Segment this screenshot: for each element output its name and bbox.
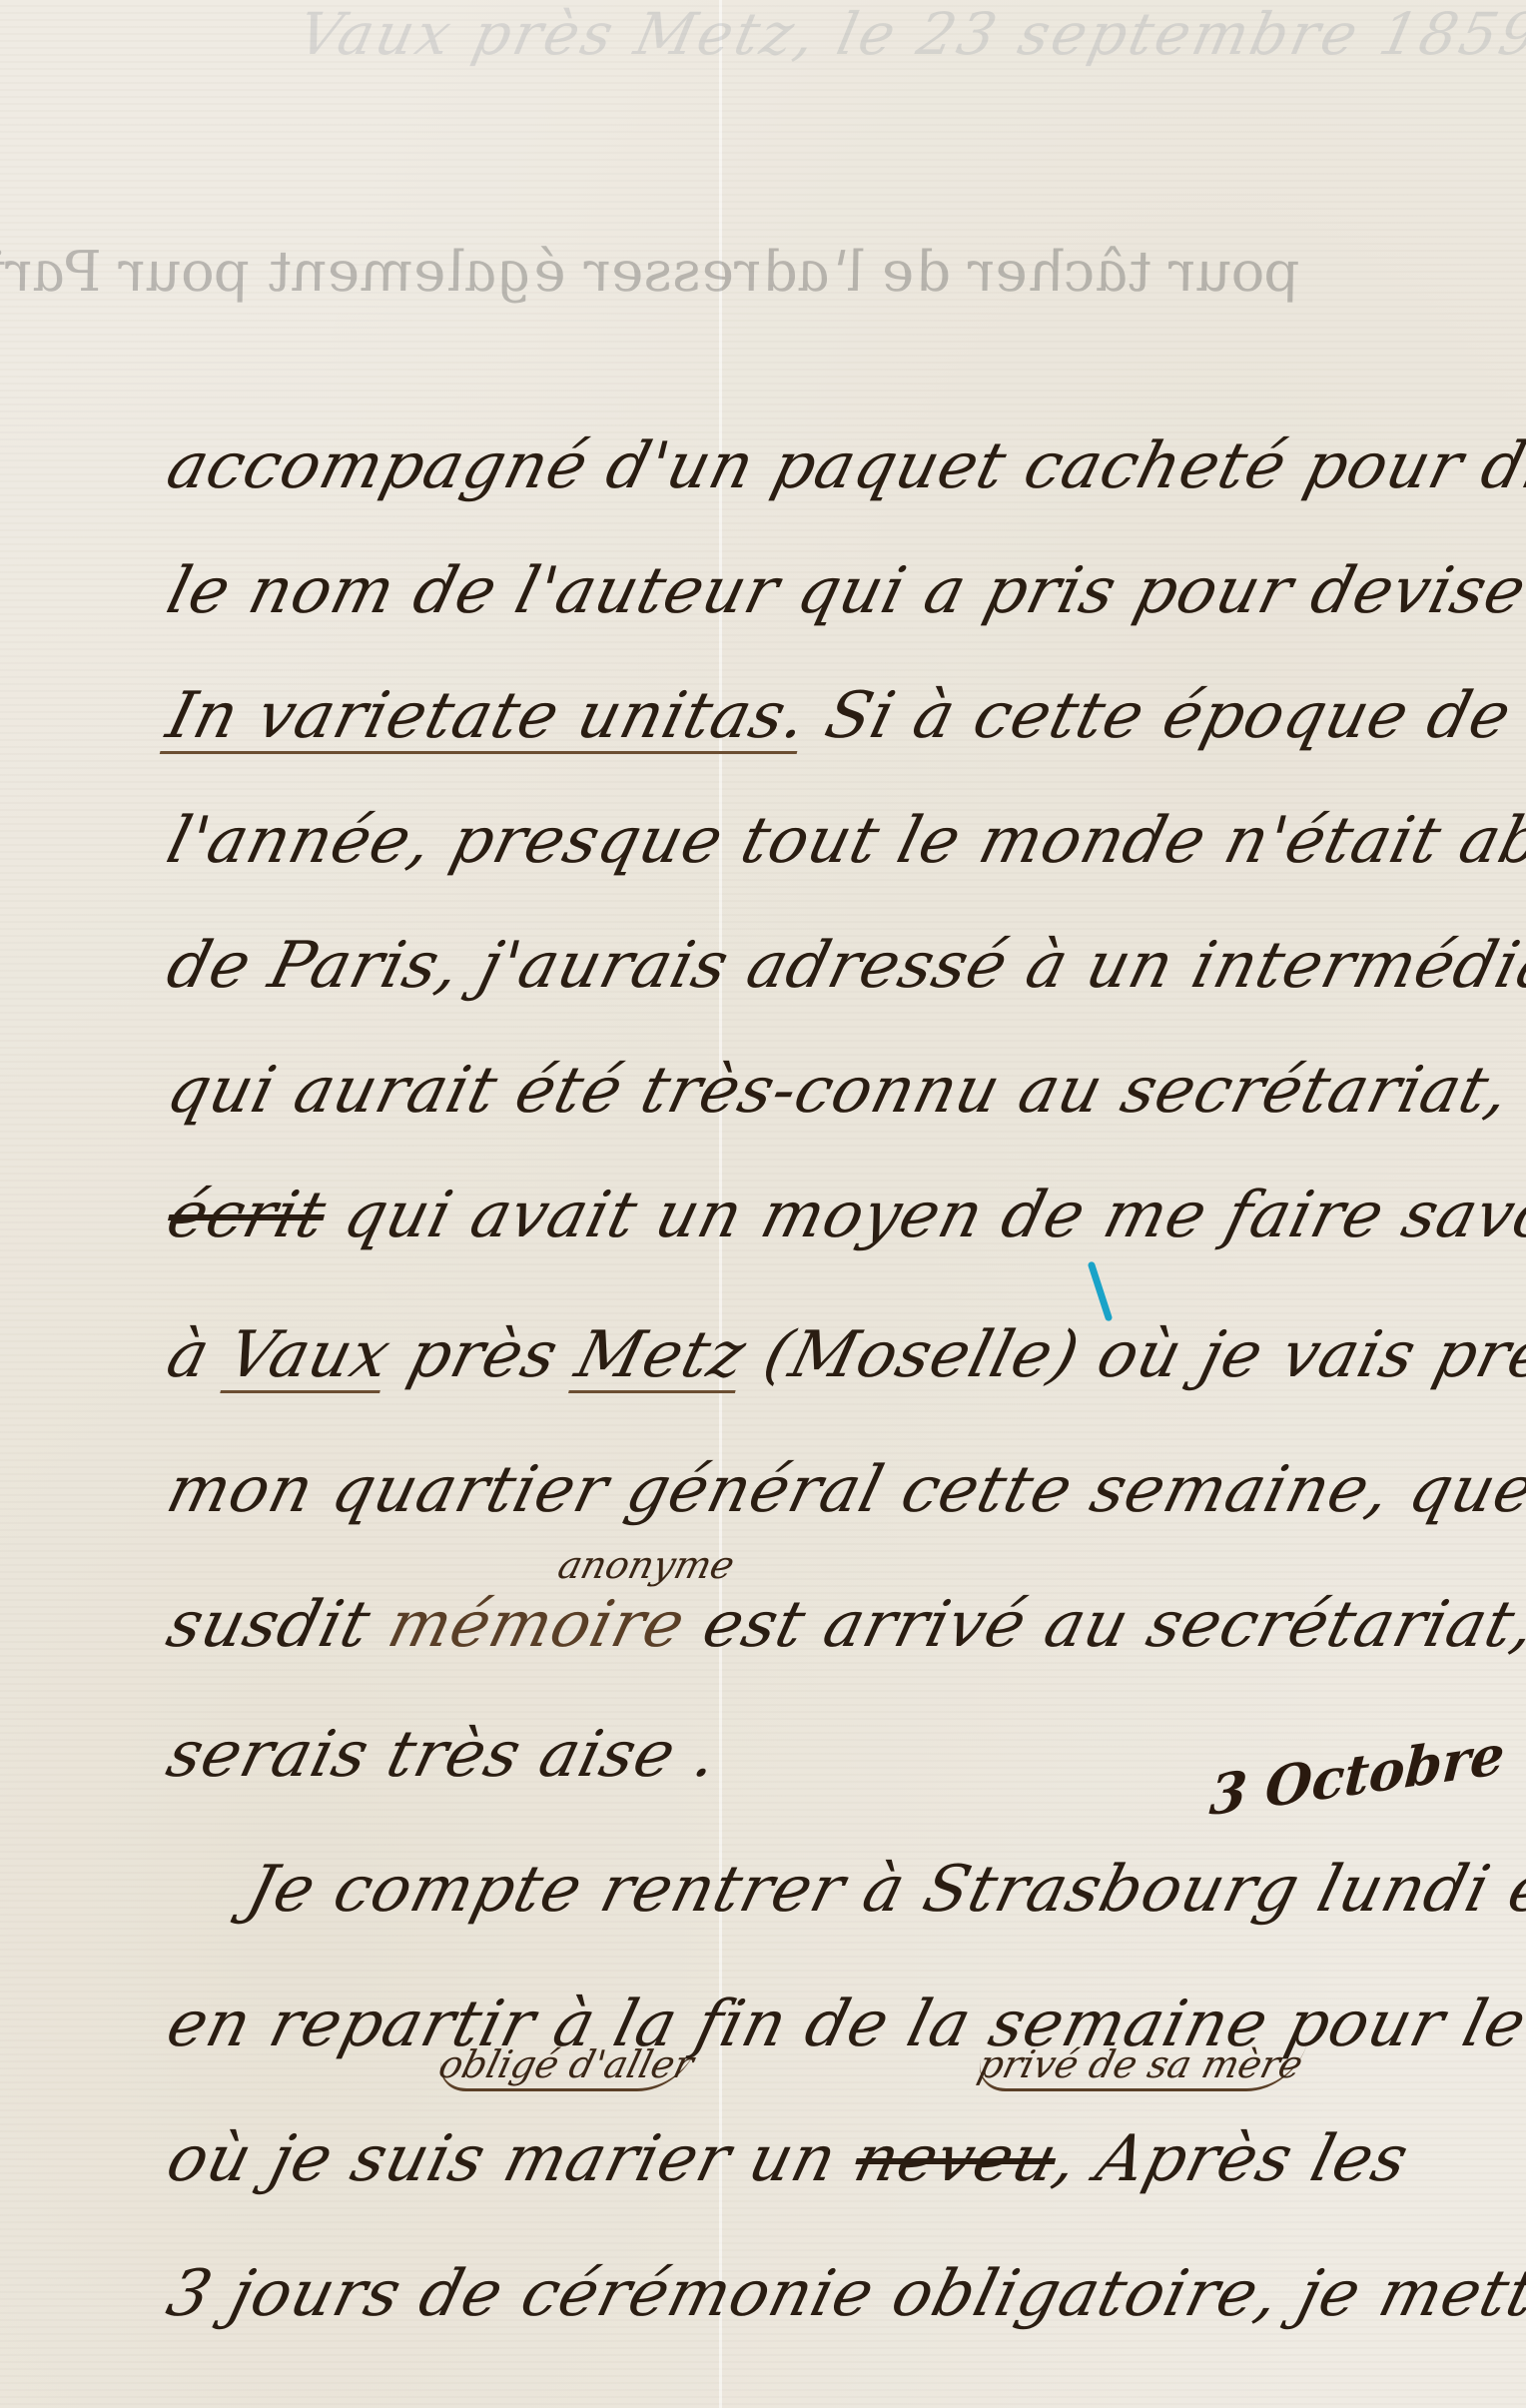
struck-word: écrit — [160, 1179, 334, 1252]
letter-body: accompagné d'un paquet cacheté pour dire… — [0, 0, 1526, 2408]
line-text: est arrivé au secrétariat, je — [674, 1588, 1526, 1662]
place-vaux-underlined: Vaux — [221, 1318, 398, 1392]
letter-line-13: en repartir à la fin de la semaine pour … — [160, 1988, 1526, 2061]
line-mid: près — [380, 1318, 586, 1392]
letter-line-1: accompagné d'un paquet cacheté pour dire — [160, 429, 1526, 503]
line-text: en repartir à la fin de la semaine pour … — [160, 1988, 1526, 2061]
letter-line-3: In varietate unitas. Si à cette époque d… — [160, 679, 1519, 753]
insertion-prive: privé de sa mère — [973, 2042, 1307, 2091]
line-mid: marier un — [496, 2122, 866, 2196]
struck-word: neveu — [847, 2122, 1065, 2196]
line-text: 3 jours de cérémonie obligatoire, je met… — [160, 2257, 1526, 2331]
place-metz-underlined: Metz — [568, 1318, 753, 1392]
letter-line-10: susdit mémoire est arrivé au secrétariat… — [160, 1588, 1526, 1662]
letter-line-7: écrit qui avait un moyen de me faire sav… — [160, 1179, 1526, 1252]
letter-line-4: l'année, presque tout le monde n'était a… — [160, 804, 1526, 878]
line-text: de Paris, j'aurais adressé à un interméd… — [160, 929, 1526, 1003]
letter-line-9: mon quartier général cette semaine, que … — [160, 1453, 1526, 1527]
letter-page: Vaux près Metz, le 23 septembre 1859 pou… — [0, 0, 1526, 2408]
line-text: , Après les — [1047, 2122, 1416, 2196]
pale-word: mémoire — [381, 1588, 692, 1662]
line-text: mon quartier général cette semaine, que … — [160, 1453, 1526, 1527]
line-text: serais très aise . — [160, 1718, 726, 1792]
letter-line-8: à Vaux près Metz (Moselle) où je vais pr… — [160, 1318, 1526, 1392]
insertion-oblige: obligé d'aller — [433, 2042, 698, 2091]
line-text: accompagné d'un paquet cacheté pour dire — [160, 429, 1526, 503]
letter-line-14: où je suis marier un neveu, Après les — [160, 2122, 1416, 2196]
letter-line-6: qui aurait été très-connu au secrétariat… — [160, 1054, 1518, 1128]
motto-underlined: In varietate unitas. — [160, 679, 815, 753]
line-text: Si à cette époque de — [797, 679, 1519, 753]
insertion-anonyme: anonyme — [554, 1543, 739, 1587]
letter-line-2: le nom de l'auteur qui a pris pour devis… — [160, 554, 1526, 628]
letter-line-15: 3 jours de cérémonie obligatoire, je met… — [160, 2257, 1526, 2331]
letter-line-11: serais très aise . — [160, 1718, 726, 1792]
line-text: l'année, presque tout le monde n'était a… — [160, 804, 1526, 878]
letter-line-5: de Paris, j'aurais adressé à un interméd… — [160, 929, 1526, 1003]
line-prefix: où je suis — [160, 2122, 514, 2196]
line-text: Je compte rentrer à Strasbourg lundi — [240, 1853, 1498, 1927]
line-text: qui aurait été très-connu au secrétariat… — [160, 1054, 1518, 1128]
line-text: le nom de l'auteur qui a pris pour devis… — [160, 554, 1526, 628]
line-prefix: susdit — [160, 1588, 399, 1662]
letter-line-12: Je compte rentrer à Strasbourg lundi et — [240, 1853, 1526, 1927]
line-text: (Moselle) où je vais prendre — [735, 1318, 1526, 1392]
blue-pencil-tick — [1088, 1260, 1114, 1321]
insertion-date: 3 Octobre — [1207, 1722, 1506, 1829]
line-text: qui avait un moyen de me faire savoir — [316, 1179, 1526, 1252]
